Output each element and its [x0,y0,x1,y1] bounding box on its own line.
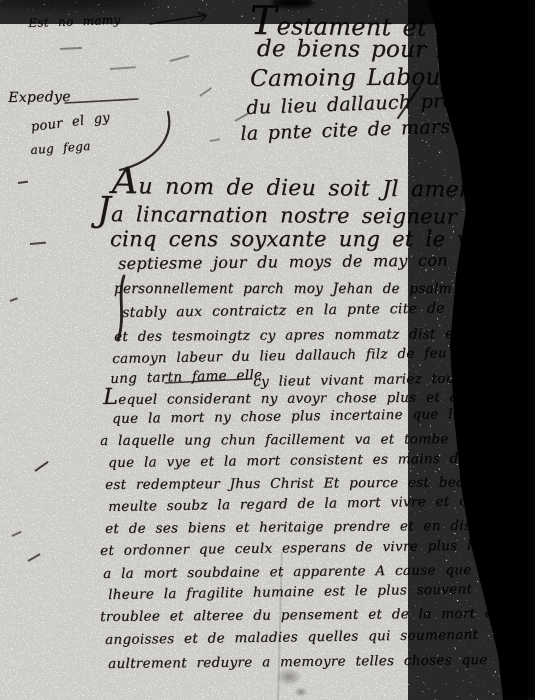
speck [110,66,136,70]
body-line: et de ses biens et heritaige prendre et … [105,518,480,537]
margin-note: Expedye [8,89,71,106]
body-line: et ordonner que ceulx esperans de vivre … [100,537,515,559]
body-line: que la mort ny chose plus incertaine que… [112,406,494,427]
body-line: ung tartn fame elle [110,367,262,387]
body-line: troublee et alteree du pensement et de l… [100,605,517,625]
title-line: la pnte cite de mars [240,116,451,145]
margin-note: Est no mamy [28,13,121,30]
smudge [294,687,308,697]
speck [210,138,220,142]
speck [199,87,212,97]
speck [18,181,28,184]
body-line: personnellement parch moy Jehan de psalm… [114,281,512,297]
body-line: lheure la fragilite humaine est le plus … [108,581,472,603]
speck [28,553,41,562]
manuscript-scan-page: Est no mamy Expedye pour el gy aug fega … [0,0,535,700]
body-line: cinq cens soyxante ung et le vin [110,227,490,251]
body-line: Ja lincarnation nostre seigneur mi [97,197,497,229]
speck [60,47,82,50]
speck [34,461,48,472]
ink-blob [0,0,158,9]
margin-note: aug fega [30,139,91,157]
speck [170,55,190,62]
body-line: a la mort soubdaine et apparente A cause… [103,562,472,582]
speck [10,297,18,302]
smudge [276,668,302,686]
arrow-stroke [150,13,207,24]
body-line: meulte soubz la regard de la mort vivre … [108,493,475,515]
note-dash [65,99,138,103]
body-line: que la vye et la mort consistent es main… [108,450,517,471]
body-line: stably aux contraictz en la pnte cite de… [122,300,499,321]
body-line: est redempteur Jhus Christ Et pource est… [105,474,508,493]
speck [30,242,46,245]
body-line: Lequel considerant ny avoyr chose plus e… [103,386,479,408]
margin-note: pour el gy [30,110,111,135]
body-line: aultrement reduyre a memoyre telles chos… [108,652,488,672]
speck [12,531,22,537]
title-line: du lieu dallauch pres [246,89,464,119]
body-line: septiesme jour du moys de may con [118,251,448,273]
body-line: angoisses et de maladies quelles qui sou… [105,627,478,648]
